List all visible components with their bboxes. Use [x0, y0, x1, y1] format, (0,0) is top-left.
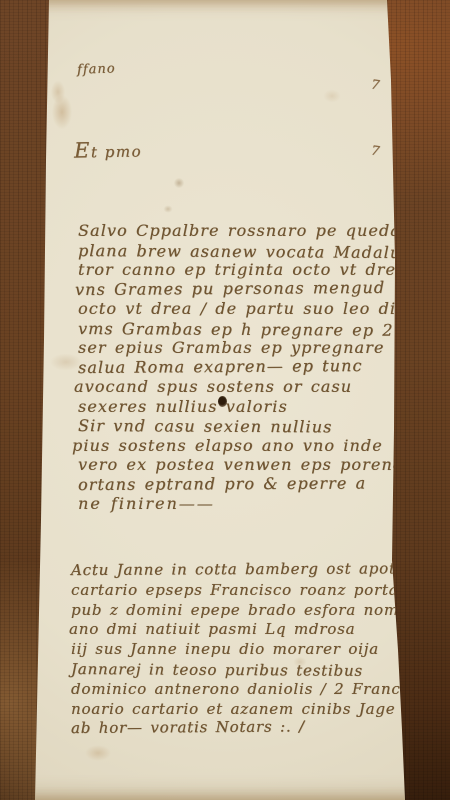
handwritten-line: iij sus Janne inepu dio morarer oija — [71, 640, 439, 660]
photo-scene: ffano 7 7 Et pmo Salvo Cppalbre rossnaro… — [0, 0, 450, 800]
text-block-main: Salvo Cppalbre rossnaro pe quedam plana … — [78, 221, 423, 514]
handwritten-line: Salvo Cppalbre rossnaro pe quedam — [78, 221, 423, 241]
handwritten-line: ser epius Grambas ep ypregnare — [78, 338, 423, 358]
text-block-eschatocol: Actu Janne in cotta bamberg ost apotecha… — [71, 561, 439, 739]
handwritten-line: vns Grames pu personas mengud — [75, 277, 423, 299]
handwritten-line: Actu Janne in cotta bamberg ost apotecha — [71, 559, 439, 581]
handwritten-line: tror canno ep triginta octo vt drea — [78, 260, 423, 280]
handwritten-line: octo vt drea / de partu suo leo dita — [78, 299, 423, 319]
margin-mark-1: 7 — [370, 77, 380, 93]
handwritten-line: cartario epseps Francisco roanz porta — [71, 581, 439, 601]
handwritten-line: ne finiren—— — [78, 494, 423, 514]
handwritten-line: Sir vnd casu sexien nullius — [78, 416, 423, 437]
ink-blot — [218, 396, 227, 407]
handwritten-line: vero ex postea venwen eps porendi — [78, 455, 423, 475]
handwritten-line: dominico antnerono daniolis / 2 Francisc… — [71, 680, 439, 700]
handwritten-line: ab hor— voratis Notars :. / — [71, 717, 439, 739]
handwritten-line: plana brew asanew vocata Madaluna — [78, 241, 423, 263]
section-heading-et-primo: Et pmo — [74, 137, 142, 162]
handwritten-line: pius sostens elapso ano vno inde — [72, 436, 423, 456]
handwritten-line: Jannarej in teoso puribus testibus — [71, 660, 439, 682]
handwritten-line: salua Roma exapren— ep tunc — [78, 355, 423, 377]
handwritten-line: sexeres nullius valoris — [78, 397, 423, 417]
handwritten-line: ano dmi natiuit pasmi Lq mdrosa — [69, 620, 439, 640]
handwritten-line: avocand spus sostens or casu — [74, 377, 423, 397]
margin-mark-2: 7 — [370, 143, 380, 159]
handwritten-line: ortans eptrand pro & eperre a — [78, 473, 423, 494]
archival-note-top: ffano — [77, 61, 116, 77]
manuscript-paper: ffano 7 7 Et pmo Salvo Cppalbre rossnaro… — [0, 0, 450, 800]
handwritten-line: vms Grambas ep h pregnare ep 2 — [78, 319, 423, 340]
handwritten-line: pub z domini epepe brado esfora nomelem — [71, 601, 439, 621]
